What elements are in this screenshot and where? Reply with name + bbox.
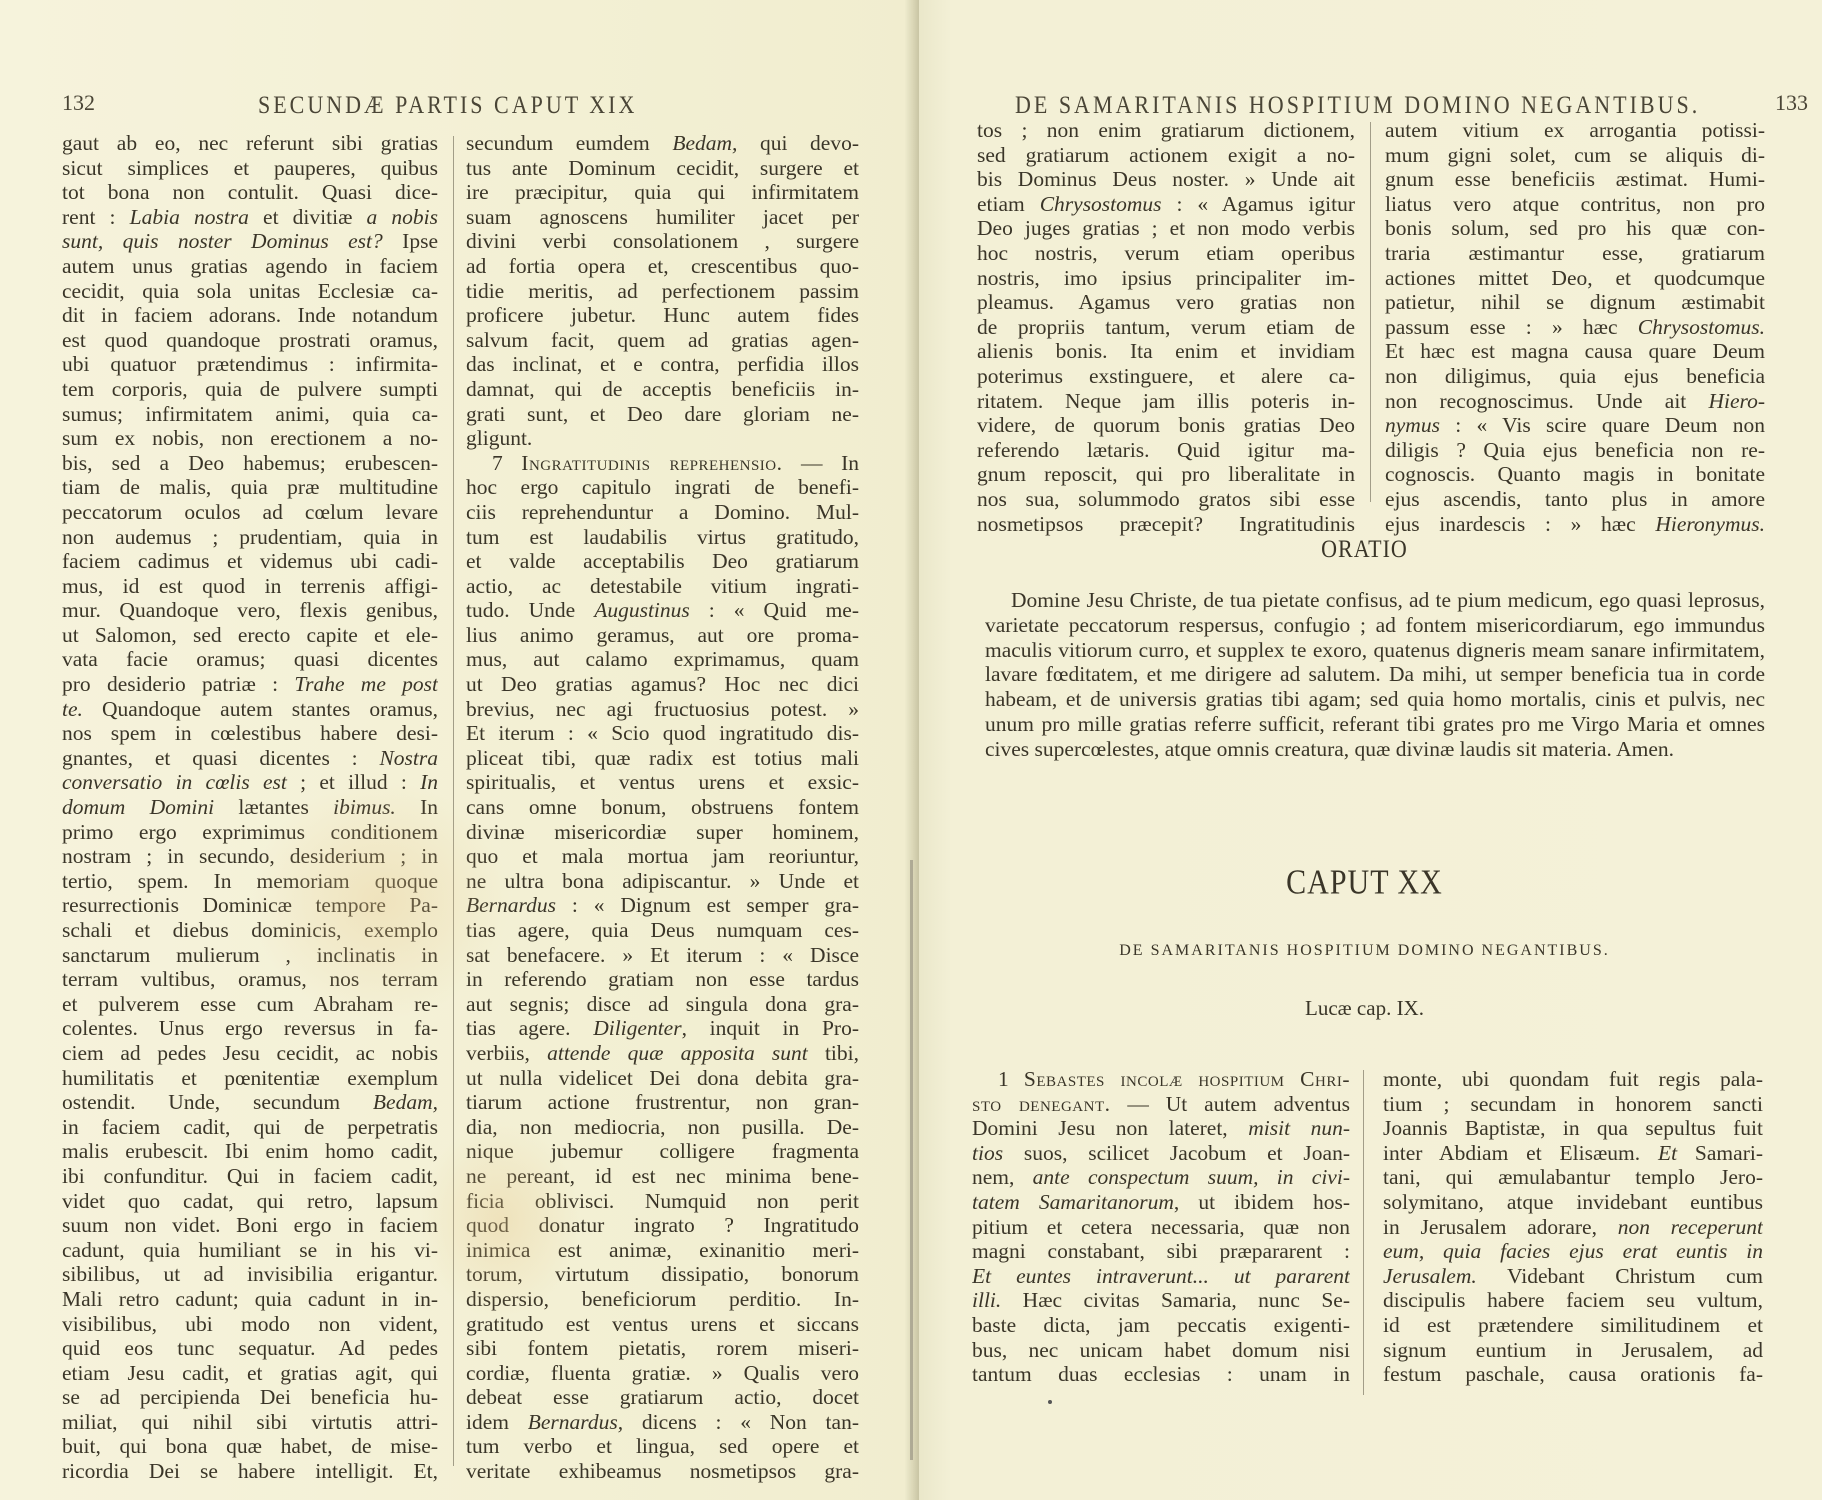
text-line: nostram ; in secundo, desiderium ; in (62, 844, 438, 869)
text-line: terram vultibus, oramus, nos terram (62, 967, 438, 992)
text-line: tiam de malis, quia præ multitudine (62, 475, 438, 500)
text-line: tani, qui æmulabantur templo Jero- (1383, 1165, 1763, 1190)
oratio-title: ORATIO (907, 534, 1822, 564)
text-line: ibi confunditur. Qui in faciem cadit, (62, 1164, 438, 1189)
text-line: videre, de quorum bonis gratias Deo (977, 413, 1355, 438)
right-page-column-3: 1 Sebastes incolæ hospitium Chri-sto den… (972, 1067, 1350, 1387)
text-line: resurrectionis Dominicæ tempore Pa- (62, 893, 438, 918)
text-line: colentes. Unus ergo reversus in fa- (62, 1016, 438, 1041)
text-line: videt quo cadat, qui retro, lapsum (62, 1189, 438, 1214)
page-number-right: 133 (1775, 90, 1808, 116)
text-line: bus, nec unicam habet domum nisi (972, 1338, 1350, 1363)
text-line: in referendo gratiam non esse tardus (466, 967, 859, 992)
text-line: veritate exhibeamus nosmetipsos gra- (466, 1459, 859, 1484)
text-line: autem unus gratias agendo in faciem (62, 254, 438, 279)
text-line: 1 Sebastes incolæ hospitium Chri- (972, 1067, 1350, 1092)
text-line: tias agere. Diligenter, inquit in Pro- (466, 1016, 859, 1041)
text-line: alienis bonis. Ita enim et invidiam (977, 339, 1355, 364)
text-line: tium ; secundam in honorem sancti (1383, 1092, 1763, 1117)
text-line: poterimus exstinguere, et alere ca- (977, 364, 1355, 389)
running-head-right: DE SAMARITANIS HOSPITIUM DOMINO NEGANTIB… (1015, 90, 1700, 120)
text-line: ubi quatuor prætendimus : infirmita- (62, 352, 438, 377)
text-line: aut segnis; disce ad singula dona gra- (466, 992, 859, 1017)
chapter-subtitle: DE SAMARITANIS HOSPITIUM DOMINO NEGANTIB… (907, 942, 1822, 960)
text-line: ut Salomon, sed erecto capite et ele- (62, 623, 438, 648)
text-line: quo et mala mortua jam reoriuntur, (466, 844, 859, 869)
text-line: sum ex nobis, non erectionem a no- (62, 426, 438, 451)
text-line: primo ergo exprimimus conditionem (62, 820, 438, 845)
text-line: cadunt, quia humiliant se in his vi- (62, 1238, 438, 1263)
text-line: Et euntes intraverunt... ut pararent (972, 1264, 1350, 1289)
text-line: ricordia Dei se habere intelligit. Et, (62, 1459, 438, 1484)
text-line: suam agnoscens humiliter jacet per (466, 205, 859, 230)
page-number-left: 132 (62, 90, 95, 116)
text-line: autem vitium ex arrogantia potissi- (1385, 118, 1765, 143)
text-line: nostris, imo ipsius principaliter im- (977, 266, 1355, 291)
text-line: ciis reprehenduntur a Domino. Mul- (466, 500, 859, 525)
text-line: nos spem in cœlestibus habere desi- (62, 721, 438, 746)
text-line: ut nulla videlicet Dei dona debita gra- (466, 1066, 859, 1091)
text-line: gratitudo est ventus urens et siccans (466, 1312, 859, 1337)
text-line: actio, ac detestabile vitium ingrati- (466, 574, 859, 599)
text-line: eum, quia facies ejus erat euntis in (1383, 1239, 1763, 1264)
text-line: Jerusalem. Videbant Christum cum (1383, 1264, 1763, 1289)
text-line: grati sunt, et Deo dare gloriam ne- (466, 402, 859, 427)
column-divider (453, 136, 454, 1466)
text-line: secundum eumdem Bedam, qui devo- (466, 131, 859, 156)
text-line: mur. Quandoque vero, flexis genibus, (62, 598, 438, 623)
text-line: lius animo geramus, aut ore proma- (466, 623, 859, 648)
text-line: sunt, quis noster Dominus est? Ipse (62, 229, 438, 254)
text-line: sat benefacere. » Et iterum : « Disce (466, 943, 859, 968)
text-line: tantum duas ecclesias : unam in (972, 1362, 1350, 1387)
right-page-column-2: autem vitium ex arrogantia potissi-mum g… (1385, 118, 1765, 536)
text-line: ad fortia opera et, crescentibus quo- (466, 254, 859, 279)
text-line: sicut simplices et pauperes, quibus (62, 156, 438, 181)
text-line: vata facie oramus; quasi dicentes (62, 647, 438, 672)
text-line: gligunt. (466, 426, 859, 451)
text-line: tus ante Dominum cecidit, surgere et (466, 156, 859, 181)
text-line: dispersio, beneficiorum perditio. In- (466, 1287, 859, 1312)
text-line: rent : Labia nostra et divitiæ a nobis (62, 205, 438, 230)
text-line: dit in faciem adorans. Inde notandum (62, 303, 438, 328)
text-line: gnantes, et quasi dicentes : Nostra (62, 746, 438, 771)
text-line: Mali retro cadunt; quia cadunt in in- (62, 1287, 438, 1312)
text-line: tertio, spem. In memoriam quoque (62, 869, 438, 894)
text-line: quod donatur ingrato ? Ingratitudo (466, 1213, 859, 1238)
text-line: in Jerusalem adorare, non receperunt (1383, 1215, 1763, 1240)
text-line: debeat esse gratiarum actio, docet (466, 1385, 859, 1410)
text-line: actiones mittet Deo, et quodcumque (1385, 266, 1765, 291)
right-page-column-4: monte, ubi quondam fuit regis pala-tium … (1383, 1067, 1763, 1387)
text-line: peccatorum oculos ad cœlum levare (62, 500, 438, 525)
text-line: inimica est animæ, exinanitio meri- (466, 1238, 859, 1263)
text-line: das inclinat, et e contra, perfidia illo… (466, 352, 859, 377)
text-line: tias agere, quia Deus numquam ces- (466, 918, 859, 943)
text-line: ut Deo gratias agamus? Hoc nec dici (466, 672, 859, 697)
text-line: tudo. Unde Augustinus : « Quid me- (466, 598, 859, 623)
text-line: ne pereant, id est nec minima bene- (466, 1164, 859, 1189)
oratio-text: Domine Jesu Christe, de tua pietate conf… (985, 588, 1765, 761)
text-line: etiam Chrysostomus : « Agamus igitur (977, 192, 1355, 217)
text-line: tios suos, scilicet Jacobum et Joan- (972, 1141, 1350, 1166)
text-line: pitium et cetera necessaria, quæ non (972, 1215, 1350, 1240)
text-line: suum non videt. Boni ergo in faciem (62, 1213, 438, 1238)
text-line: buit, qui bona quæ habet, de mise- (62, 1434, 438, 1459)
left-page-column-2: secundum eumdem Bedam, qui devo-tus ante… (466, 131, 859, 1484)
text-line: est quod quandoque prostrati oramus, (62, 328, 438, 353)
column-divider (1370, 122, 1371, 502)
text-line: tiarum actione frustrentur, non gran- (466, 1090, 859, 1115)
text-line: spiritualis, et ventus urens et exsic- (466, 770, 859, 795)
text-line: cans omne bonum, obstruens fontem (466, 795, 859, 820)
text-line: id est prætendere similitudinem et (1383, 1313, 1763, 1338)
text-line: traria æstimantur esse, gratiarum (1385, 241, 1765, 266)
text-line: non audemus ; prudentiam, quia in (62, 525, 438, 550)
text-line: humilitatis et pœnitentiæ exemplum (62, 1066, 438, 1091)
text-line: malis erubescit. Ibi enim homo cadit, (62, 1139, 438, 1164)
text-line: salvum facit, quem ad gratias agen- (466, 328, 859, 353)
text-line: gnum esse beneficiis æstimat. Humi- (1385, 167, 1765, 192)
text-line: nique jubemur colligere fragmenta (466, 1139, 859, 1164)
text-line: sumus; infirmitatem animi, quia ca- (62, 402, 438, 427)
text-line: verbiis, attende quæ apposita sunt tibi, (466, 1041, 859, 1066)
text-line: mum gigni solet, cum se aliquis di- (1385, 143, 1765, 168)
chapter-reference: Lucæ cap. IX. (907, 996, 1822, 1021)
right-page-column-1: tos ; non enim gratiarum dictionem,sed g… (977, 118, 1355, 536)
text-line: nos sua, solummodo gratos sibi esse (977, 487, 1355, 512)
text-line: hoc ergo capitulo ingrati de benefi- (466, 475, 859, 500)
text-line: bis, sed a Deo habemus; erubescen- (62, 451, 438, 476)
text-line: tum verbo et lingua, sed opere et (466, 1434, 859, 1459)
text-line: inter Abdiam et Elisæum. Et Samari- (1383, 1141, 1763, 1166)
text-line: Et hæc est magna causa quare Deum (1385, 339, 1765, 364)
text-line: sto denegant. — Ut autem adventus (972, 1092, 1350, 1117)
text-line: 7 Ingratitudinis reprehensio. — In (466, 451, 859, 476)
text-line: domum Domini lætantes ibimus. In (62, 795, 438, 820)
left-page-column-1: gaut ab eo, nec referunt sibi gratiassic… (62, 131, 438, 1484)
text-line: liatus vero atque contritus, non pro (1385, 192, 1765, 217)
column-divider (1363, 1070, 1364, 1395)
text-line: idem Bernardus, dicens : « Non tan- (466, 1410, 859, 1435)
text-line: in faciem cadit, qui de perpetratis (62, 1115, 438, 1140)
text-line: dia, non mediocria, non pusilla. De- (466, 1115, 859, 1140)
text-line: quid eos tunc sequatur. Ad pedes (62, 1336, 438, 1361)
text-line: hoc nostris, verum etiam operibus (977, 241, 1355, 266)
text-line: de propriis tantum, verum etiam de (977, 315, 1355, 340)
text-line: brevius, nec agi fructuosius potest. » (466, 697, 859, 722)
text-line: mus, aut calamo exprimamus, quam (466, 647, 859, 672)
oratio-body: Domine Jesu Christe, de tua pietate conf… (985, 588, 1765, 762)
text-line: non diligimus, quia ejus beneficia (1385, 364, 1765, 389)
text-line: sibi fontem pietatis, rorem miseri- (466, 1336, 859, 1361)
text-line: signum euntium in Jerusalem, ad (1383, 1338, 1763, 1363)
text-line: nosmetipsos præcepit? Ingratitudinis (977, 512, 1355, 537)
text-line: divinæ misericordiæ super hominem, (466, 820, 859, 845)
text-line: baste dicta, jam peccatis exigenti- (972, 1313, 1350, 1338)
text-line: sed gratiarum actionem exigit a no- (977, 143, 1355, 168)
text-line: nymus : « Vis scire quare Deum non (1385, 413, 1765, 438)
text-line: illi. Hæc civitas Samaria, nunc Se- (972, 1288, 1350, 1313)
text-line: festum paschale, causa orationis fa- (1383, 1362, 1763, 1387)
text-line: Domini Jesu non lateret, misit nun- (972, 1116, 1350, 1141)
text-line: solymitano, atque invidebant euntibus (1383, 1190, 1763, 1215)
text-line: ficia oblivisci. Numquid non perit (466, 1189, 859, 1214)
text-line: cordiæ, fluenta gratiæ. » Qualis vero (466, 1361, 859, 1386)
text-line: cecidit, quia sola unitas Ecclesiæ ca- (62, 279, 438, 304)
text-line: bis Dominus Deus noster. » Unde ait (977, 167, 1355, 192)
text-line: damnat, qui de acceptis beneficiis in- (466, 377, 859, 402)
text-line: sibilibus, ut ad invisibilia erigantur. (62, 1262, 438, 1287)
text-line: Et iterum : « Scio quod ingratitudo dis- (466, 721, 859, 746)
text-line: miliat, qui nihil sibi virtutis attri- (62, 1410, 438, 1435)
text-line: tum est laudabilis virtus gratitudo, (466, 525, 859, 550)
text-line: etiam Jesu cadit, et gratias agit, qui (62, 1361, 438, 1386)
text-line: et valde acceptabilis Deo gratiarum (466, 549, 859, 574)
text-line: ne ultra bona adipiscantur. » Unde et (466, 869, 859, 894)
text-line: divini verbi consolationem , surgere (466, 229, 859, 254)
text-line: ejus ascendis, tanto plus in amore (1385, 487, 1765, 512)
text-line: gnum reposcit, qui pro liberalitate in (977, 462, 1355, 487)
text-line: nem, ante conspectum suum, in civi- (972, 1165, 1350, 1190)
text-line: te. Quandoque autem stantes oramus, (62, 697, 438, 722)
text-line: ciem ad pedes Jesu cecidit, ac nobis (62, 1041, 438, 1066)
print-speck (1048, 1400, 1052, 1404)
text-line: referendo lætaris. Quid igitur ma- (977, 438, 1355, 463)
text-line: pleamus. Agamus vero gratias non (977, 290, 1355, 315)
text-line: discipulis habere faciem seu vultum, (1383, 1288, 1763, 1313)
text-line: schali et diebus dominicis, exemplo (62, 918, 438, 943)
running-head-left: SECUNDÆ PARTIS CAPUT XIX (258, 90, 637, 120)
text-line: visibilibus, ubi modo non vident, (62, 1312, 438, 1337)
text-line: tidie meritis, ad perfectionem passim (466, 279, 859, 304)
chapter-title: CAPUT XX (907, 863, 1822, 902)
text-line: ire præcipitur, quia qui infirmitatem (466, 180, 859, 205)
text-line: se ad percipienda Dei beneficia hu- (62, 1385, 438, 1410)
text-line: et pulverem esse cum Abraham re- (62, 992, 438, 1017)
text-line: monte, ubi quondam fuit regis pala- (1383, 1067, 1763, 1092)
text-line: ritatem. Neque jam illis poteris in- (977, 389, 1355, 414)
text-line: mus, id est quod in terrenis affigi- (62, 574, 438, 599)
text-line: torum, virtutum dissipatio, bonorum (466, 1262, 859, 1287)
text-line: bonis solum, sed pro his quæ con- (1385, 216, 1765, 241)
text-line: magni constabant, sibi præpararent : (972, 1239, 1350, 1264)
text-line: sanctarum mulierum , inclinatis in (62, 943, 438, 968)
left-page: 132 SECUNDÆ PARTIS CAPUT XIX gaut ab eo,… (0, 0, 915, 1500)
text-line: Joannis Baptistæ, in qua sepultus fuit (1383, 1116, 1763, 1141)
text-line: patietur, nihil se dignum æstimabit (1385, 290, 1765, 315)
text-line: cognoscis. Quanto magis in bonitate (1385, 462, 1765, 487)
text-line: diligis ? Quia ejus beneficia non re- (1385, 438, 1765, 463)
text-line: tatem Samaritanorum, ut ibidem hos- (972, 1190, 1350, 1215)
text-line: proficere jubetur. Hunc autem fides (466, 303, 859, 328)
text-line: ostendit. Unde, secundum Bedam, (62, 1090, 438, 1115)
text-line: non recognoscimus. Unde ait Hiero- (1385, 389, 1765, 414)
text-line: gaut ab eo, nec referunt sibi gratias (62, 131, 438, 156)
text-line: conversatio in cœlis est ; et illud : In (62, 770, 438, 795)
text-line: tos ; non enim gratiarum dictionem, (977, 118, 1355, 143)
text-line: Deo juges gratias ; et non modo verbis (977, 216, 1355, 241)
text-line: pliceat tibi, quæ radix est totius mali (466, 746, 859, 771)
text-line: Bernardus : « Dignum est semper gra- (466, 893, 859, 918)
text-line: faciem cadimus et videmus ubi cadi- (62, 549, 438, 574)
text-line: ejus inardescis : » hæc Hieronymus. (1385, 512, 1765, 537)
text-line: tem corporis, quia de pulvere sumpti (62, 377, 438, 402)
text-line: tot bona non contulit. Quasi dice- (62, 180, 438, 205)
text-line: passum esse : » hæc Chrysostomus. (1385, 315, 1765, 340)
text-line: pro desiderio patriæ : Trahe me post (62, 672, 438, 697)
